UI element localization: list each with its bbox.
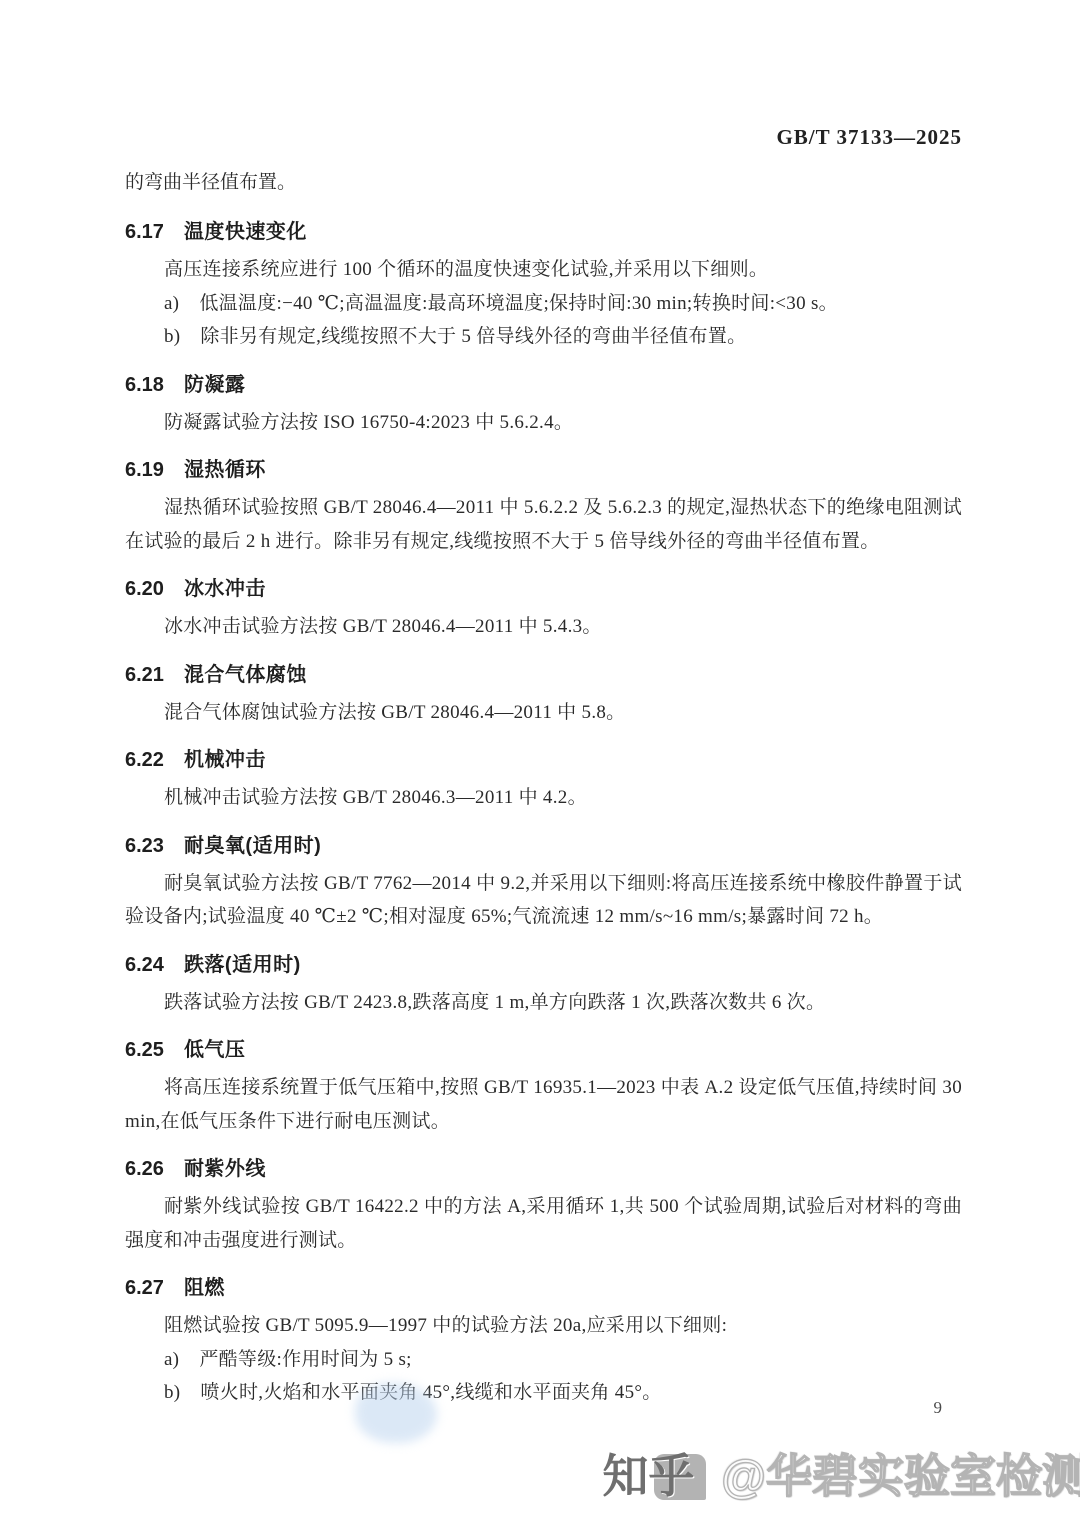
page-number: 9 [934, 1398, 943, 1418]
section-title: 混合气体腐蚀 [184, 664, 307, 686]
list-item-text: 低温温度:−40 ℃;高温温度:最高环境温度;保持时间:30 min;转换时间:… [199, 287, 962, 321]
zhihu-logo: 知乎 [602, 1450, 694, 1502]
blue-watermark-blob [355, 1383, 437, 1443]
section-heading-6-25: 6.25低气压 [125, 1035, 962, 1065]
standard-number-header: GB/T 37133—2025 [125, 124, 962, 150]
section-title: 防凝露 [184, 374, 246, 396]
section-paragraph: 阻燃试验按 GB/T 5095.9—1997 中的试验方法 20a,应采用以下细… [125, 1309, 962, 1343]
section-number: 6.23 [125, 835, 164, 857]
section-paragraph: 高压连接系统应进行 100 个循环的温度快速变化试验,并采用以下细则。 [125, 253, 962, 287]
list-item: b) 喷火时,火焰和水平面夹角 45°,线缆和水平面夹角 45°。 [125, 1376, 962, 1410]
section-number: 6.26 [125, 1158, 164, 1180]
zhihu-watermark: 知乎 @华碧实验室检测 [602, 1448, 1080, 1504]
section-paragraph: 湿热循环试验按照 GB/T 28046.4—2011 中 5.6.2.2 及 5… [125, 491, 962, 558]
section-paragraph: 耐紫外线试验按 GB/T 16422.2 中的方法 A,采用循环 1,共 500… [125, 1190, 962, 1257]
section-heading-6-26: 6.26耐紫外线 [125, 1154, 962, 1184]
section-paragraph: 冰水冲击试验方法按 GB/T 28046.4—2011 中 5.4.3。 [125, 610, 962, 644]
list-item-label: a) [164, 287, 179, 321]
section-title: 跌落(适用时) [184, 954, 301, 976]
list-item-label: b) [164, 320, 180, 354]
section-title: 温度快速变化 [184, 221, 307, 243]
section-paragraph: 机械冲击试验方法按 GB/T 28046.3—2011 中 4.2。 [125, 781, 962, 815]
section-heading-6-19: 6.19湿热循环 [125, 455, 962, 485]
section-heading-6-18: 6.18防凝露 [125, 370, 962, 400]
section-title: 湿热循环 [184, 459, 266, 481]
section-number: 6.25 [125, 1039, 164, 1061]
section-title: 耐紫外线 [184, 1158, 266, 1180]
watermark-credit: @华碧实验室检测 [721, 1450, 1080, 1502]
section-title: 低气压 [184, 1039, 246, 1061]
section-title: 机械冲击 [184, 749, 266, 771]
section-number: 6.27 [125, 1277, 164, 1299]
section-paragraph: 防凝露试验方法按 ISO 16750-4:2023 中 5.6.2.4。 [125, 406, 962, 440]
list-item-label: a) [164, 1343, 179, 1377]
document-page: GB/T 37133—2025 的弯曲半径值布置。 6.17温度快速变化 高压连… [0, 0, 1080, 1527]
section-paragraph: 将高压连接系统置于低气压箱中,按照 GB/T 16935.1—2023 中表 A… [125, 1071, 962, 1138]
list-item-text: 严酷等级:作用时间为 5 s; [199, 1343, 962, 1377]
section-number: 6.22 [125, 749, 164, 771]
section-heading-6-22: 6.22机械冲击 [125, 745, 962, 775]
section-heading-6-17: 6.17温度快速变化 [125, 217, 962, 247]
section-heading-6-24: 6.24跌落(适用时) [125, 950, 962, 980]
list-item: a) 低温温度:−40 ℃;高温温度:最高环境温度;保持时间:30 min;转换… [125, 287, 962, 321]
section-title: 阻燃 [184, 1277, 225, 1299]
section-number: 6.18 [125, 374, 164, 396]
section-heading-6-20: 6.20冰水冲击 [125, 574, 962, 604]
section-heading-6-27: 6.27阻燃 [125, 1273, 962, 1303]
list-item: a) 严酷等级:作用时间为 5 s; [125, 1343, 962, 1377]
carryover-paragraph: 的弯曲半径值布置。 [125, 168, 962, 198]
list-item-text: 除非另有规定,线缆按照不大于 5 倍导线外径的弯曲半径值布置。 [200, 320, 962, 354]
section-number: 6.21 [125, 664, 164, 686]
section-heading-6-23: 6.23耐臭氧(适用时) [125, 831, 962, 861]
section-number: 6.24 [125, 954, 164, 976]
section-paragraph: 耐臭氧试验方法按 GB/T 7762—2014 中 9.2,并采用以下细则:将高… [125, 867, 962, 934]
section-paragraph: 跌落试验方法按 GB/T 2423.8,跌落高度 1 m,单方向跌落 1 次,跌… [125, 986, 962, 1020]
list-item: b) 除非另有规定,线缆按照不大于 5 倍导线外径的弯曲半径值布置。 [125, 320, 962, 354]
list-item-text: 喷火时,火焰和水平面夹角 45°,线缆和水平面夹角 45°。 [200, 1376, 962, 1410]
section-number: 6.17 [125, 221, 164, 243]
section-heading-6-21: 6.21混合气体腐蚀 [125, 660, 962, 690]
section-title: 冰水冲击 [184, 578, 266, 600]
list-item-label: b) [164, 1376, 180, 1410]
section-paragraph: 混合气体腐蚀试验方法按 GB/T 28046.4—2011 中 5.8。 [125, 696, 962, 730]
section-number: 6.20 [125, 578, 164, 600]
section-title: 耐臭氧(适用时) [184, 835, 321, 857]
section-number: 6.19 [125, 459, 164, 481]
